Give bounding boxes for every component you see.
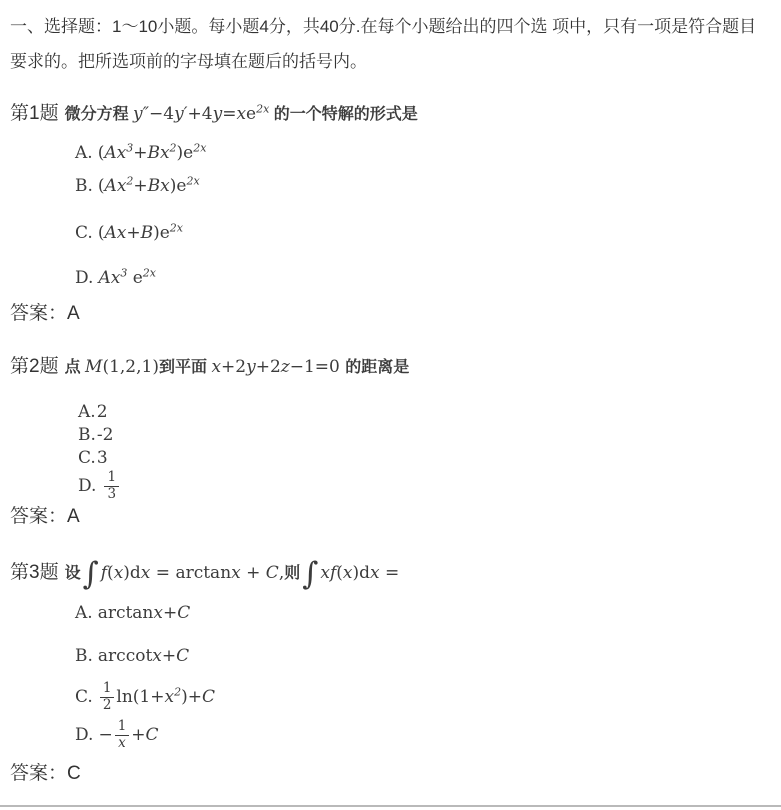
option-d-label: D.: [75, 725, 93, 745]
question-1-option-a: A.(Ax3+Bx2)e2x: [10, 141, 771, 166]
option-c-formula: 12ln(1+x2)+C: [98, 687, 215, 707]
question-3-number: 第3题: [10, 562, 59, 583]
option-b-formula: (Ax2+Bx)e2x: [98, 176, 200, 196]
question-1-option-d: D.Ax3 e2x: [10, 266, 771, 291]
option-a-label: A.: [75, 143, 93, 163]
question-3-option-b: B.arccotx+C: [10, 644, 771, 669]
option-c-label: C.: [78, 448, 96, 468]
question-1-stem: 微分方程 y″−4y′+4y=xe2x 的一个特解的形式是: [65, 104, 418, 124]
question-3: 第3题设∫f(x)dx = arctanx + C,则∫xf(x)dx = A.…: [10, 552, 771, 787]
question-1-option-b: B.(Ax2+Bx)e2x: [10, 174, 771, 199]
option-a-formula: arctanx+C: [98, 603, 191, 623]
answer-prefix: 答案：: [10, 763, 67, 784]
question-3-option-a: A.arctanx+C: [10, 601, 771, 626]
question-3-stem: 设∫f(x)dx = arctanx + C,则∫xf(x)dx =: [65, 563, 400, 583]
question-2-option-a: A.2: [10, 401, 771, 424]
question-1: 第1题微分方程 y″−4y′+4y=xe2x 的一个特解的形式是 A.(Ax3+…: [10, 100, 771, 327]
question-2-option-c: C.3: [10, 447, 771, 470]
question-3-row: 第3题设∫f(x)dx = arctanx + C,则∫xf(x)dx =: [10, 552, 771, 595]
option-d-label: D.: [78, 476, 96, 496]
question-3-option-c: C.12ln(1+x2)+C: [10, 681, 771, 713]
question-1-answer-row: 答案：A: [10, 301, 771, 327]
question-3-answer-row: 答案：C: [10, 761, 771, 787]
question-1-option-c: C.(Ax+B)e2x: [10, 221, 771, 246]
option-b-formula: -2: [97, 425, 114, 445]
answer-value: A: [67, 506, 80, 527]
option-b-label: B.: [75, 646, 93, 666]
answer-value: A: [67, 303, 80, 324]
answer-prefix: 答案：: [10, 506, 67, 527]
question-2-number: 第2题: [10, 356, 59, 377]
section-instructions: 一、选择题：1～10小题。每小题4分，共40分.在每个小题给出的四个选 项中，只…: [10, 0, 772, 79]
option-a-label: A.: [78, 402, 96, 422]
option-d-formula: Ax3 e2x: [98, 268, 156, 288]
answer-prefix: 答案：: [10, 303, 67, 324]
question-2-answer-row: 答案：A: [10, 504, 771, 530]
option-c-formula: 3: [97, 448, 108, 468]
option-c-label: C.: [75, 687, 93, 707]
exam-page: 一、选择题：1～10小题。每小题4分，共40分.在每个小题给出的四个选 项中，只…: [0, 0, 781, 787]
question-2-row: 第2题点 M(1,2,1)到平面 x+2y+2z−1=0 的距离是: [10, 353, 771, 382]
question-1-row: 第1题微分方程 y″−4y′+4y=xe2x 的一个特解的形式是: [10, 100, 771, 129]
page-bottom-divider: [0, 805, 781, 807]
question-2-option-d: D.13: [10, 470, 771, 502]
option-c-formula: (Ax+B)e2x: [98, 223, 183, 243]
question-1-number: 第1题: [10, 103, 59, 124]
option-d-formula: 13: [102, 476, 121, 496]
option-a-label: A.: [75, 603, 93, 623]
option-d-label: D.: [75, 268, 93, 288]
question-2: 第2题点 M(1,2,1)到平面 x+2y+2z−1=0 的距离是 A.2 B.…: [10, 353, 771, 530]
answer-value: C: [67, 763, 81, 784]
question-3-option-d: D.−1x+C: [10, 719, 771, 751]
option-a-formula: (Ax3+Bx2)e2x: [98, 143, 207, 163]
question-2-option-b: B.-2: [10, 424, 771, 447]
question-2-stem: 点 M(1,2,1)到平面 x+2y+2z−1=0 的距离是: [65, 357, 410, 377]
option-b-formula: arccotx+C: [98, 646, 189, 666]
option-b-label: B.: [75, 176, 93, 196]
option-d-formula: −1x+C: [98, 725, 158, 745]
option-a-formula: 2: [97, 402, 108, 422]
option-c-label: C.: [75, 223, 93, 243]
option-b-label: B.: [78, 425, 96, 445]
